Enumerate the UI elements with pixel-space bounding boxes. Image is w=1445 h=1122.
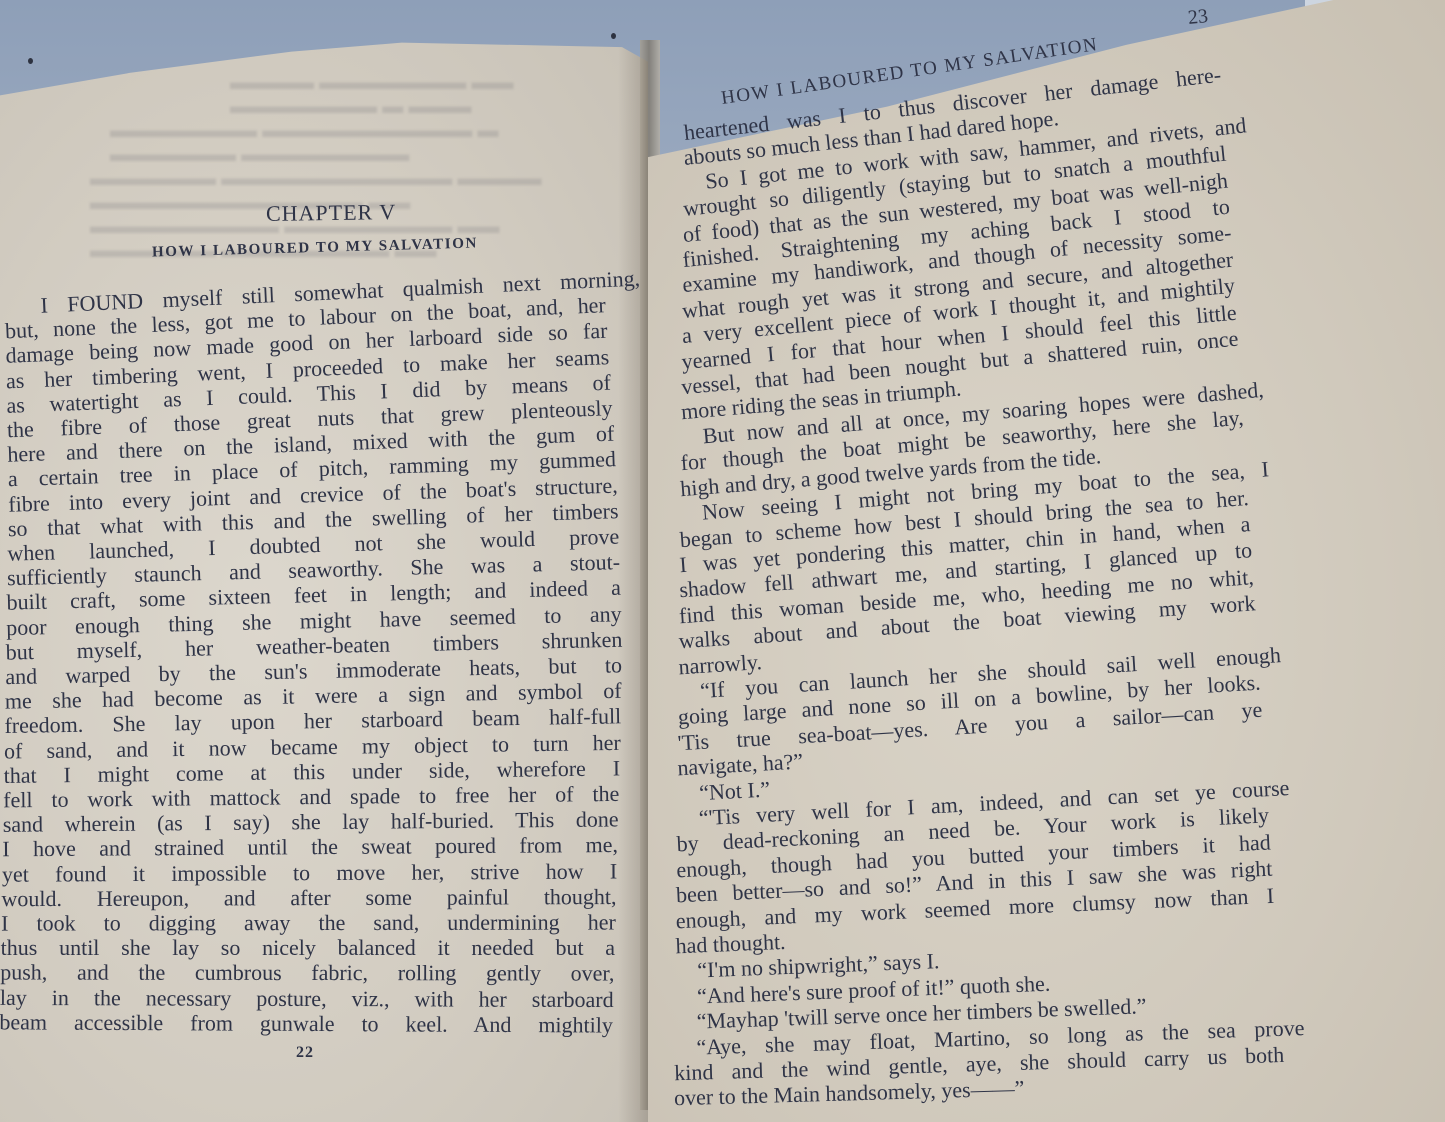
page-number-right: 23: [1187, 5, 1209, 30]
text-line: thus until she lay so nicely balanced it…: [1, 935, 615, 960]
text-line: would. Hereupon, and after some painful …: [1, 884, 616, 911]
text-line: I hove and strained until the sweat pour…: [2, 832, 618, 862]
dust-speck: [28, 58, 33, 64]
dust-speck: [611, 33, 616, 39]
text-line: lay in the necessary posture, viz., with…: [0, 985, 614, 1012]
chapter-title: CHAPTER V: [266, 199, 397, 227]
show-through-text: ▬▬▬▬ ▬▬▬▬▬▬▬ ▬▬ ▬▬▬▬▬▬▬ ▬ ▬▬▬ ▬▬▬▬▬▬▬ ▬▬…: [90, 70, 610, 262]
right-page-body: heartened was I to thus discover her dam…: [684, 120, 1260, 1111]
text-line: I took to digging away the sand, undermi…: [1, 910, 616, 936]
text-line: beam accessible from gunwale to keel. An…: [0, 1009, 613, 1037]
text-line: push, and the cumbrous fabric, rolling g…: [0, 960, 614, 986]
page-number-left: 22: [296, 1044, 314, 1062]
text-line: yet found it impossible to move her, str…: [2, 858, 617, 886]
left-page-body: I FOUND myself still somewhat qualmish n…: [4, 274, 646, 1042]
